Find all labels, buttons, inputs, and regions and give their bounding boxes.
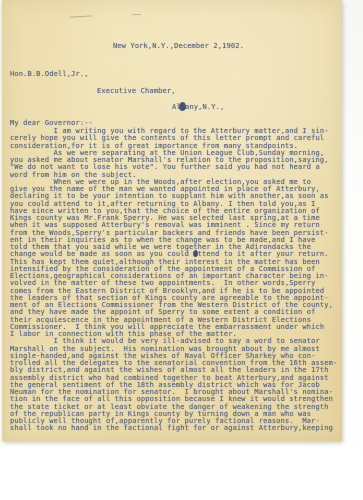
- letter-body: I am writing you with regard to the Atte…: [10, 128, 337, 433]
- recipient-office: Executive Chamber,: [97, 87, 176, 95]
- salutation: My dear Governor:--: [10, 119, 93, 127]
- ink-blot: [193, 250, 198, 257]
- scanned-letter-page: New York,N.Y.,December 2,1902. Hon.B.B.O…: [0, 0, 363, 500]
- pencil-mark: [70, 11, 92, 17]
- letter-paper: New York,N.Y.,December 2,1902. Hon.B.B.O…: [2, 0, 342, 441]
- date-line: New York,N.Y.,December 2,1902.: [113, 42, 244, 50]
- ink-blot: [179, 102, 186, 111]
- recipient-name: Hon.B.B.Odell,Jr.,: [10, 70, 89, 78]
